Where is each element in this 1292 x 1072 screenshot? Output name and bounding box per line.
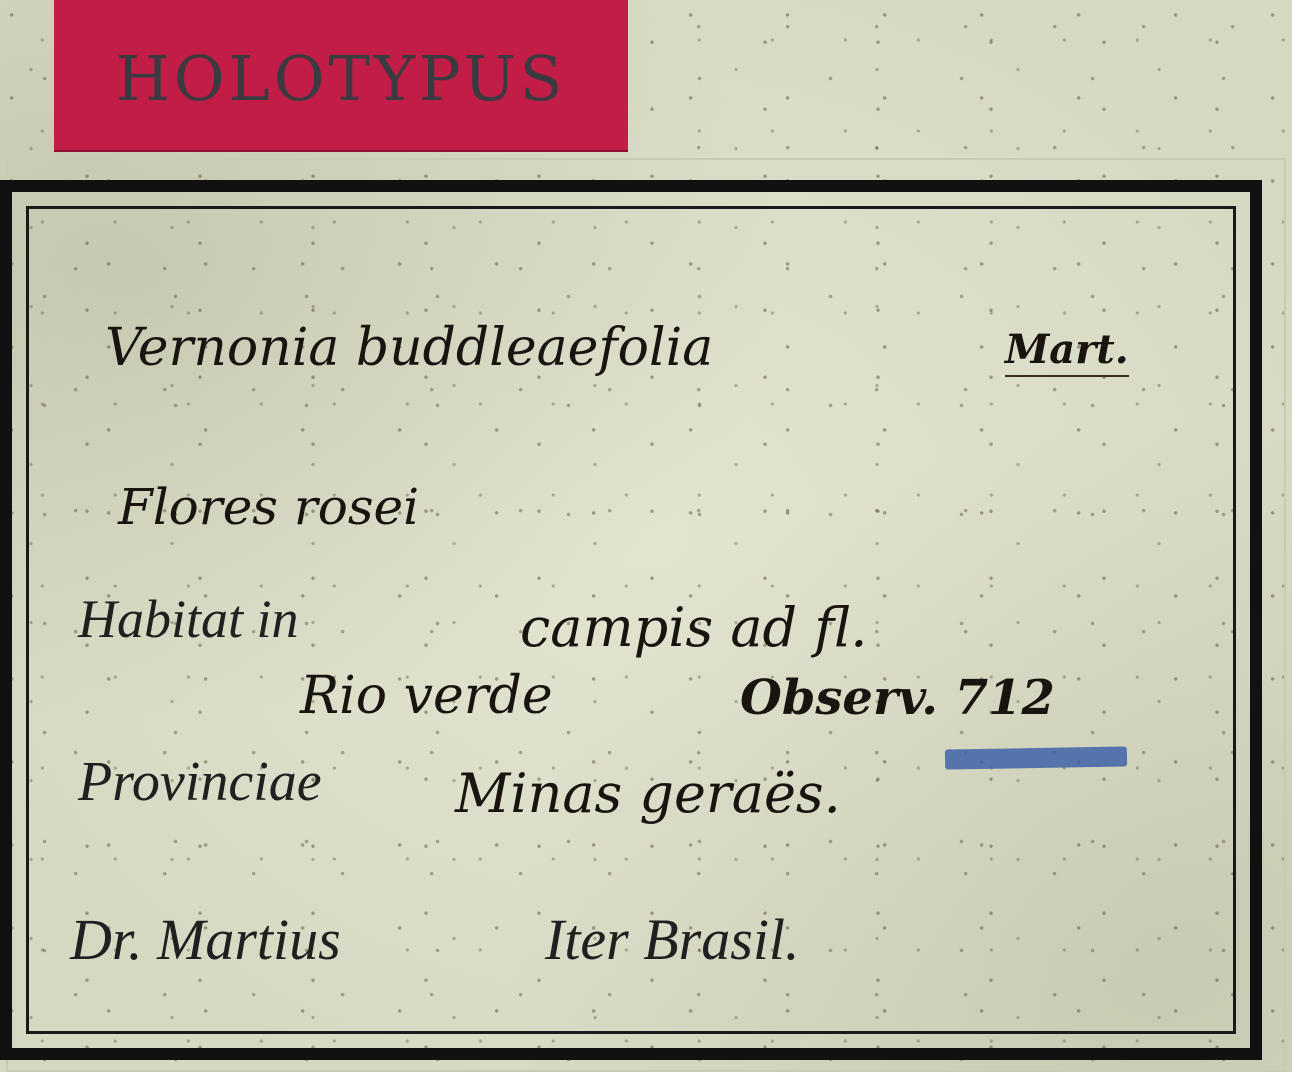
holotype-text: HOLOTYPUS <box>116 42 567 115</box>
habitat-value: campis ad fl. <box>520 596 867 659</box>
species-author: Mart. <box>1005 326 1129 377</box>
province-label: Provinciae <box>78 750 322 814</box>
flowers-note: Flores rosei <box>118 478 419 536</box>
habitat-label: Habitat in <box>78 588 299 650</box>
locality: Rio verde <box>300 666 553 726</box>
collector: Dr. Martius <box>70 906 341 973</box>
blue-pencil-underline <box>945 746 1127 769</box>
species-name: Vernonia buddleaefolia <box>105 318 713 378</box>
expedition: Iter Brasil. <box>545 906 800 973</box>
herbarium-sheet: HOLOTYPUS Vernonia buddleaefolia Mart. F… <box>0 0 1292 1072</box>
observation-number: Observ. 712 <box>740 670 1055 726</box>
province-value: Minas geraës. <box>455 762 841 825</box>
holotype-label: HOLOTYPUS <box>54 0 628 152</box>
